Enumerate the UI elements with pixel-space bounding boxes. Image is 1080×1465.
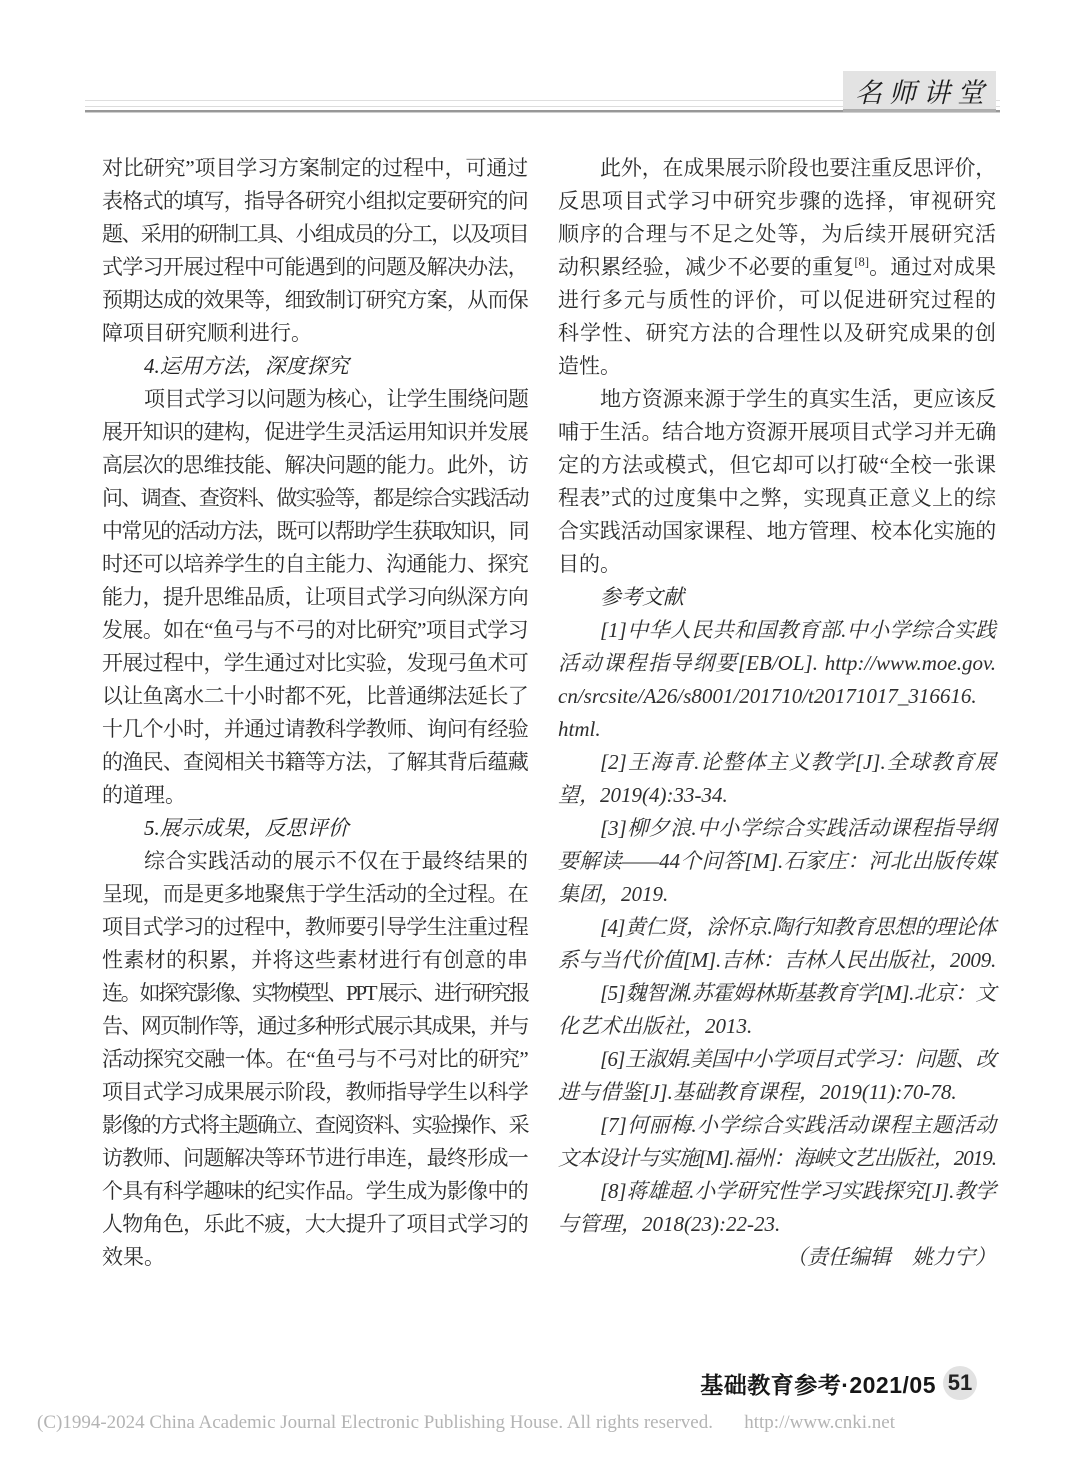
text-line: 造性。 xyxy=(558,350,996,383)
text-line: 连。如探究影像、实物模型、PPT 展示、进行研究报 xyxy=(102,977,528,1010)
article-column-left: 对比研究”项目学习方案制定的过程中，可通过表格式的填写，指导各研究小组拟定要研究… xyxy=(102,152,528,1274)
text-line: 告、网页制作等，通过多种形式展示其成果，并与 xyxy=(102,1010,528,1043)
text-line: 性素材的积累，并将这些素材进行有创意的串 xyxy=(102,944,528,977)
journal-page: 名师讲堂 对比研究”项目学习方案制定的过程中，可通过表格式的填写，指导各研究小组… xyxy=(0,0,1080,1465)
text-line: 文本设计与实施[M].福州：海峡文艺出版社，2019. xyxy=(558,1142,996,1175)
text-line: 综合实践活动的展示不仅在于最终结果的 xyxy=(102,845,528,878)
text-line: 合实践活动国家课程、地方管理、校本化实施的 xyxy=(558,515,996,548)
text-line: 个具有科学趣味的纪实作品。学生成为影像中的 xyxy=(102,1175,528,1208)
text-line: [4]黄仁贤，涂怀京.陶行知教育思想的理论体 xyxy=(558,911,996,944)
text-line: [5]魏智渊.苏霍姆林斯基教育学[M].北京：文 xyxy=(558,977,996,1010)
journal-issue-label: 基础教育参考·2021/05 xyxy=(700,1367,936,1400)
text-line: 效果。 xyxy=(102,1241,528,1274)
text-line: 活动课程指导纲要[EB/OL]. http://www.moe.gov. xyxy=(558,647,996,680)
text-line: 对比研究”项目学习方案制定的过程中，可通过 xyxy=(102,152,528,185)
text-line: 系与当代价值[M].吉林：吉林人民出版社，2009. xyxy=(558,944,996,977)
text-line: 能力，提升思维品质，让项目式学习向纵深方向 xyxy=(102,581,528,614)
text-line: 定的方法或模式，但它却可以打破“全校一张课 xyxy=(558,449,996,482)
text-line: 的道理。 xyxy=(102,779,528,812)
article-column-right: 此外，在成果展示阶段也要注重反思评价，反思项目式学习中研究步骤的选择，审视研究顺… xyxy=(558,152,996,1274)
header-rule-shadow xyxy=(85,112,1000,113)
text-line: 动积累经验，减少不必要的重复[8]。通过对成果 xyxy=(558,251,996,284)
text-line: [8]蒋雄超.小学研究性学习实践探究[J].教学 xyxy=(558,1175,996,1208)
text-line: 要解读——44个问答[M].石家庄：河北出版传媒 xyxy=(558,845,996,878)
text-line: 发展。如在“鱼弓与不弓的对比研究”项目式学习 xyxy=(102,614,528,647)
copyright-url: http://www.cnki.net xyxy=(744,1412,895,1434)
text-line: [1]中华人民共和国教育部.中小学综合实践 xyxy=(558,614,996,647)
text-line: 项目式学习成果展示阶段，教师指导学生以科学 xyxy=(102,1076,528,1109)
text-line: 望，2019(4):33-34. xyxy=(558,779,996,812)
text-line: 人物角色，乐此不疲，大大提升了项目式学习的 xyxy=(102,1208,528,1241)
text-line: 进与借鉴[J].基础教育课程，2019(11):70-78. xyxy=(558,1076,996,1109)
column-tag: 名师讲堂 xyxy=(843,71,996,112)
text-line: 预期达成的效果等，细致制订研究方案，从而保 xyxy=(102,284,528,317)
text-line: [6]王淑娟.美国中小学项目式学习：问题、改 xyxy=(558,1043,996,1076)
text-line: 时还可以培养学生的自主能力、沟通能力、探究 xyxy=(102,548,528,581)
text-line: 哺于生活。结合地方资源开展项目式学习并无确 xyxy=(558,416,996,449)
text-line: 影像的方式将主题确立、查阅资料、实验操作、采 xyxy=(102,1109,528,1142)
text-line: 展开知识的建构，促进学生灵活运用知识并发展 xyxy=(102,416,528,449)
text-line: 化艺术出版社，2013. xyxy=(558,1010,996,1043)
text-line: 访教师、问题解决等环节进行串连，最终形成一 xyxy=(102,1142,528,1175)
text-line: 与管理，2018(23):22-23. xyxy=(558,1208,996,1241)
text-line: 5.展示成果，反思评价 xyxy=(102,812,528,845)
text-line: 程表”式的过度集中之弊，实现真正意义上的综 xyxy=(558,482,996,515)
text-line: cn/srcsite/A26/s8001/201710/t20171017_31… xyxy=(558,680,996,713)
citation-superscript: [8] xyxy=(854,255,869,269)
text-line: 以让鱼离水二十小时都不死，比普通绑法延长了 xyxy=(102,680,528,713)
text-line: html. xyxy=(558,713,996,746)
text-line: 高层次的思维技能、解决问题的能力。此外，访 xyxy=(102,449,528,482)
text-line: 中常见的活动方法，既可以帮助学生获取知识，同 xyxy=(102,515,528,548)
text-line: 障项目研究顺利进行。 xyxy=(102,317,528,350)
text-line: 开展过程中，学生通过对比实验，发现弓鱼术可 xyxy=(102,647,528,680)
text-line: （责任编辑 姚力宁） xyxy=(558,1241,996,1274)
copyright-notice: (C)1994-2024 China Academic Journal Elec… xyxy=(37,1412,713,1434)
text-line: 目的。 xyxy=(558,548,996,581)
text-line: 科学性、研究方法的合理性以及研究成果的创 xyxy=(558,317,996,350)
text-line: 十几个小时，并通过请教科学教师、询问有经验 xyxy=(102,713,528,746)
text-line: [2]王海青.论整体主义教学[J].全球教育展 xyxy=(558,746,996,779)
text-line: 地方资源来源于学生的真实生活，更应该反 xyxy=(558,383,996,416)
text-line: 项目式学习的过程中，教师要引导学生注重过程 xyxy=(102,911,528,944)
text-line: 参考文献 xyxy=(558,581,996,614)
page-footer: 基础教育参考·2021/05 51 xyxy=(700,1366,977,1400)
text-line: 反思项目式学习中研究步骤的选择，审视研究 xyxy=(558,185,996,218)
text-line: 问、调查、查资料、做实验等，都是综合实践活动 xyxy=(102,482,528,515)
text-line: 项目式学习以问题为核心，让学生围绕问题 xyxy=(102,383,528,416)
text-line: 式学习开展过程中可能遇到的问题及解决办法， xyxy=(102,251,528,284)
text-line: 此外，在成果展示阶段也要注重反思评价， xyxy=(558,152,996,185)
text-line: [7]何丽梅.小学综合实践活动课程主题活动 xyxy=(558,1109,996,1142)
text-line: [3]柳夕浪.中小学综合实践活动课程指导纲 xyxy=(558,812,996,845)
text-line: 活动探究交融一体。在“鱼弓与不弓对比的研究” xyxy=(102,1043,528,1076)
text-line: 集团，2019. xyxy=(558,878,996,911)
text-line: 顺序的合理与不足之处等，为后续开展研究活 xyxy=(558,218,996,251)
text-line: 的渔民、查阅相关书籍等方法，了解其背后蕴藏 xyxy=(102,746,528,779)
page-number-badge: 51 xyxy=(943,1366,977,1400)
text-line: 呈现，而是更多地聚焦于学生活动的全过程。在 xyxy=(102,878,528,911)
text-line: 进行多元与质性的评价，可以促进研究过程的 xyxy=(558,284,996,317)
copyright-strip: (C)1994-2024 China Academic Journal Elec… xyxy=(37,1412,895,1434)
text-line: 题、采用的研制工具、小组成员的分工，以及项目 xyxy=(102,218,528,251)
text-line: 4.运用方法，深度探究 xyxy=(102,350,528,383)
text-line: 表格式的填写，指导各研究小组拟定要研究的问 xyxy=(102,185,528,218)
